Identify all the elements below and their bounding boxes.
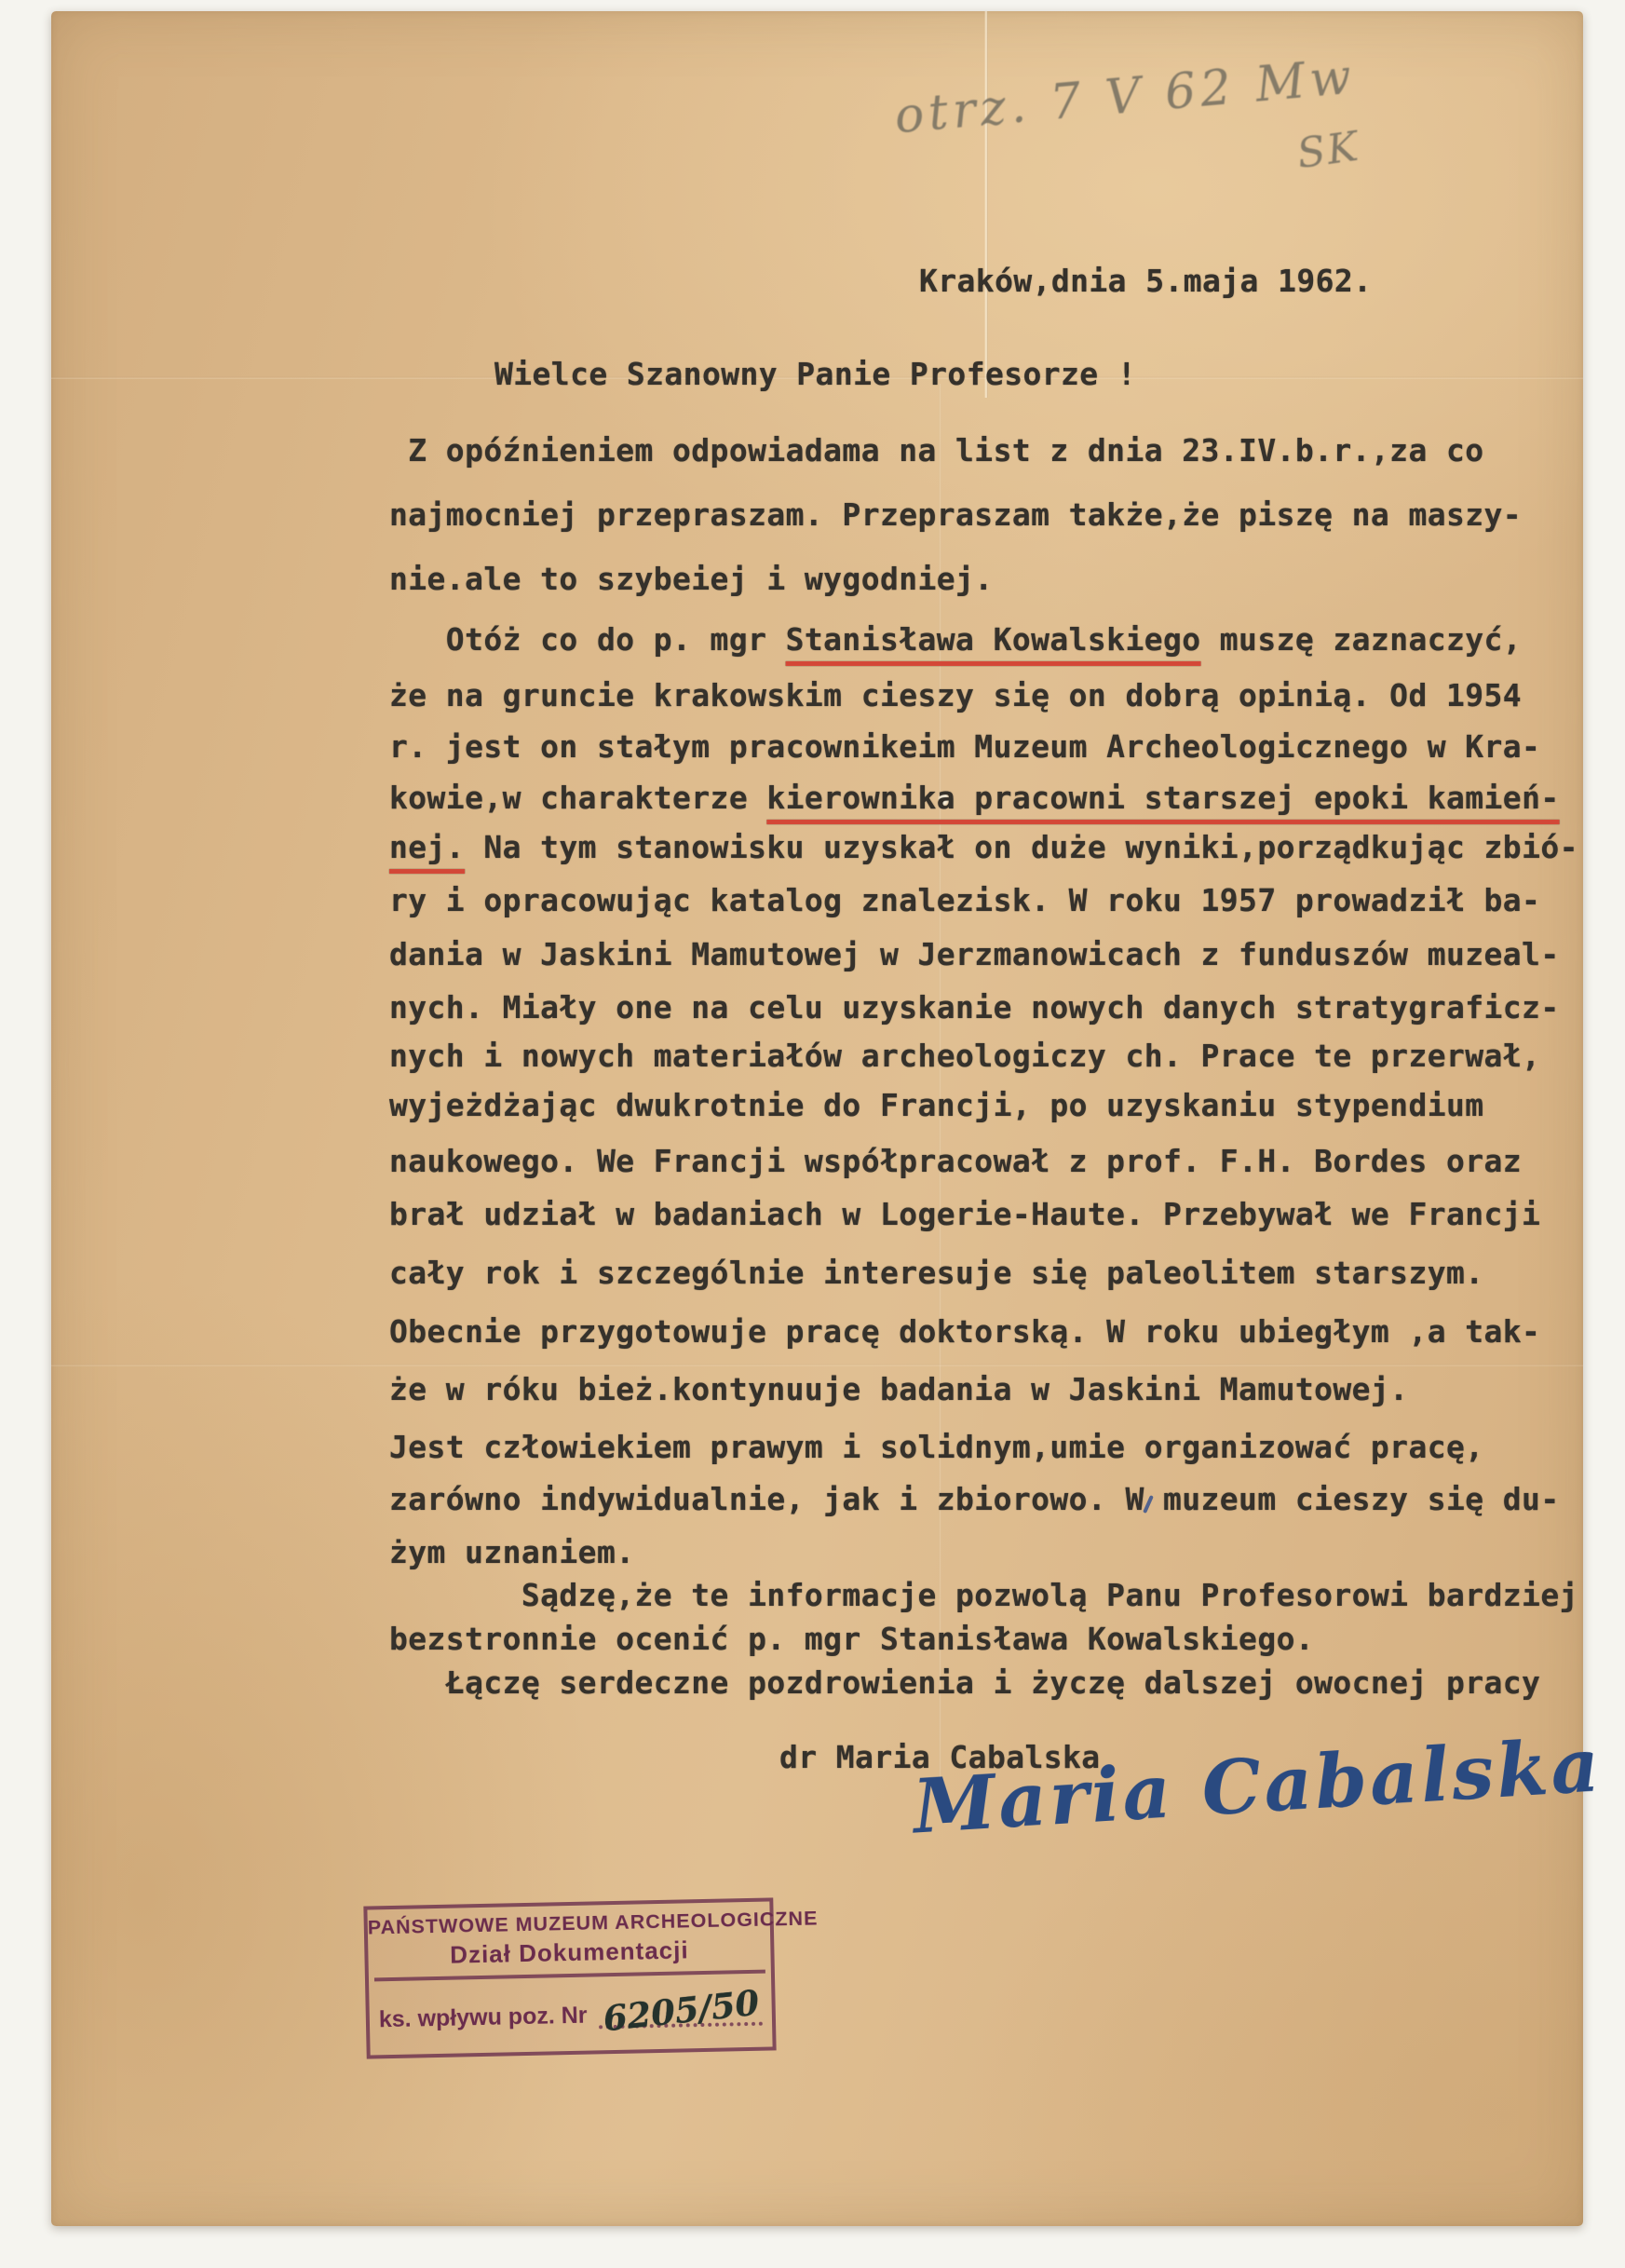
- stamp-register-label: ks. wpływu poz. Nr: [379, 2003, 588, 2034]
- pencil-received-annotation: otrz. 7 V 62 Mw: [892, 48, 1358, 144]
- paper-fold-horizontal-lower: [51, 1364, 1583, 1366]
- letter-line: Otóż co do p. mgr Stanisława Kowalskiego…: [389, 621, 1522, 658]
- letter-line: brał udział w badaniach w Logerie-Haute.…: [389, 1196, 1540, 1232]
- letter-line: że w róku bież.kontynuuje badania w Jask…: [389, 1371, 1408, 1407]
- letter-line: naukowego. We Francji współpracował z pr…: [389, 1143, 1522, 1179]
- letter-line: nej. Na tym stanowisku uzyskał on duże w…: [389, 829, 1578, 865]
- typed-text: cały rok i szczególnie interesuje się pa…: [389, 1255, 1484, 1291]
- typed-text: Na tym stanowisku uzyskał on duże wyniki…: [465, 829, 1578, 865]
- letter-paper: otrz. 7 V 62 Mw SK Kraków,dnia 5.maja 19…: [51, 11, 1583, 2226]
- stamp-register-number-field: 6205/50: [598, 1981, 763, 2030]
- paper-fold-vertical-top: [984, 11, 988, 398]
- typed-text: nie.ale to szybeiej i wygodniej.: [389, 561, 994, 597]
- letter-line: cały rok i szczególnie interesuje się pa…: [389, 1255, 1484, 1291]
- stamp-register-number: 6205/50: [601, 1982, 761, 2040]
- letter-line: Sądzę,że te informacje pozwolą Panu Prof…: [389, 1577, 1578, 1613]
- letter-line: że na gruncie krakowskim cieszy się on d…: [389, 677, 1522, 713]
- letter-line: Z opóźnieniem odpowiadama na list z dnia…: [389, 432, 1484, 469]
- typed-text: naukowego. We Francji współpracował z pr…: [389, 1143, 1522, 1179]
- typed-text: Otóż co do p. mgr: [389, 621, 786, 658]
- typed-text: najmocniej przepraszam. Przepraszam takż…: [389, 496, 1522, 533]
- letter-line: Łączę serdeczne pozdrowienia i życzę dal…: [389, 1664, 1540, 1701]
- typed-text: bezstronnie ocenić p. mgr Stanisława Kow…: [389, 1621, 1314, 1657]
- letter-line: nych i nowych materiałów archeologiczy c…: [389, 1038, 1540, 1074]
- typed-text: ry i opracowując katalog znalezisk. W ro…: [389, 882, 1540, 918]
- typed-text: kowie,w charakterze: [389, 780, 766, 816]
- pencil-initials: SK: [1294, 123, 1362, 179]
- letter-line: r. jest on stałym pracownikeim Muzeum Ar…: [389, 728, 1540, 765]
- letter-line: kowie,w charakterze kierownika pracowni …: [389, 780, 1560, 816]
- typed-text: Łączę serdeczne pozdrowienia i życzę dal…: [389, 1664, 1540, 1701]
- red-underlined-text: Stanisława Kowalskiego: [786, 621, 1201, 658]
- letter-line: najmocniej przepraszam. Przepraszam takż…: [389, 496, 1522, 533]
- letter-line: nie.ale to szybeiej i wygodniej.: [389, 561, 994, 597]
- typed-text: r. jest on stałym pracownikeim Muzeum Ar…: [389, 728, 1540, 765]
- typed-text: zarówno indywidualnie, jak i zbiorowo. W…: [389, 1481, 1560, 1517]
- letter-line: Jest człowiekiem prawym i solidnym,umie …: [389, 1429, 1484, 1465]
- dateline: Kraków,dnia 5.maja 1962.: [919, 263, 1372, 299]
- letter-line: dania w Jaskini Mamutowej w Jerzmanowica…: [389, 936, 1560, 972]
- stamp-divider: [374, 1970, 765, 1982]
- letter-line: zarówno indywidualnie, jak i zbiorowo. W…: [389, 1481, 1560, 1517]
- typed-text: że na gruncie krakowskim cieszy się on d…: [389, 677, 1522, 713]
- salutation: Wielce Szanowny Panie Profesorze !: [494, 356, 1136, 392]
- typed-text: muszę zaznaczyć,: [1201, 621, 1523, 658]
- stamp-register-row: ks. wpływu poz. Nr 6205/50: [378, 1981, 763, 2034]
- letter-line: Obecnie przygotowuje pracę doktorską. W …: [389, 1313, 1540, 1350]
- typed-text: brał udział w badaniach w Logerie-Haute.…: [389, 1196, 1540, 1232]
- typed-text: Z opóźnieniem odpowiadama na list z dnia…: [389, 432, 1484, 469]
- letter-line: wyjeżdżając dwukrotnie do Francji, po uz…: [389, 1087, 1484, 1123]
- typed-text: Sądzę,że te informacje pozwolą Panu Prof…: [389, 1577, 1578, 1613]
- typed-text: nych i nowych materiałów archeologiczy c…: [389, 1038, 1540, 1074]
- letter-line: ry i opracowując katalog znalezisk. W ro…: [389, 882, 1540, 918]
- stamp-department-name: Dział Dokumentacji: [368, 1934, 771, 1971]
- typed-text: Obecnie przygotowuje pracę doktorską. W …: [389, 1313, 1540, 1350]
- typed-text: że w róku bież.kontynuuje badania w Jask…: [389, 1371, 1408, 1407]
- museum-stamp: PAŃSTWOWE MUZEUM ARCHEOLOGICZNE Dział Do…: [363, 1897, 776, 2058]
- red-underlined-text: nej.: [389, 829, 465, 865]
- typed-text: wyjeżdżając dwukrotnie do Francji, po uz…: [389, 1087, 1484, 1123]
- red-underlined-text: kierownika pracowni starszej epoki kamie…: [766, 780, 1559, 816]
- letter-line: nych. Miały one na celu uzyskanie nowych…: [389, 989, 1560, 1025]
- scanned-letter-page: { "annotations": { "pencil_note": "otrz.…: [0, 0, 1625, 2268]
- typed-text: żym uznaniem.: [389, 1534, 634, 1570]
- letter-line: żym uznaniem.: [389, 1534, 634, 1570]
- typed-text: Jest człowiekiem prawym i solidnym,umie …: [389, 1429, 1484, 1465]
- typed-text: nych. Miały one na celu uzyskanie nowych…: [389, 989, 1560, 1025]
- typed-text: dania w Jaskini Mamutowej w Jerzmanowica…: [389, 936, 1560, 972]
- letter-line: bezstronnie ocenić p. mgr Stanisława Kow…: [389, 1621, 1314, 1657]
